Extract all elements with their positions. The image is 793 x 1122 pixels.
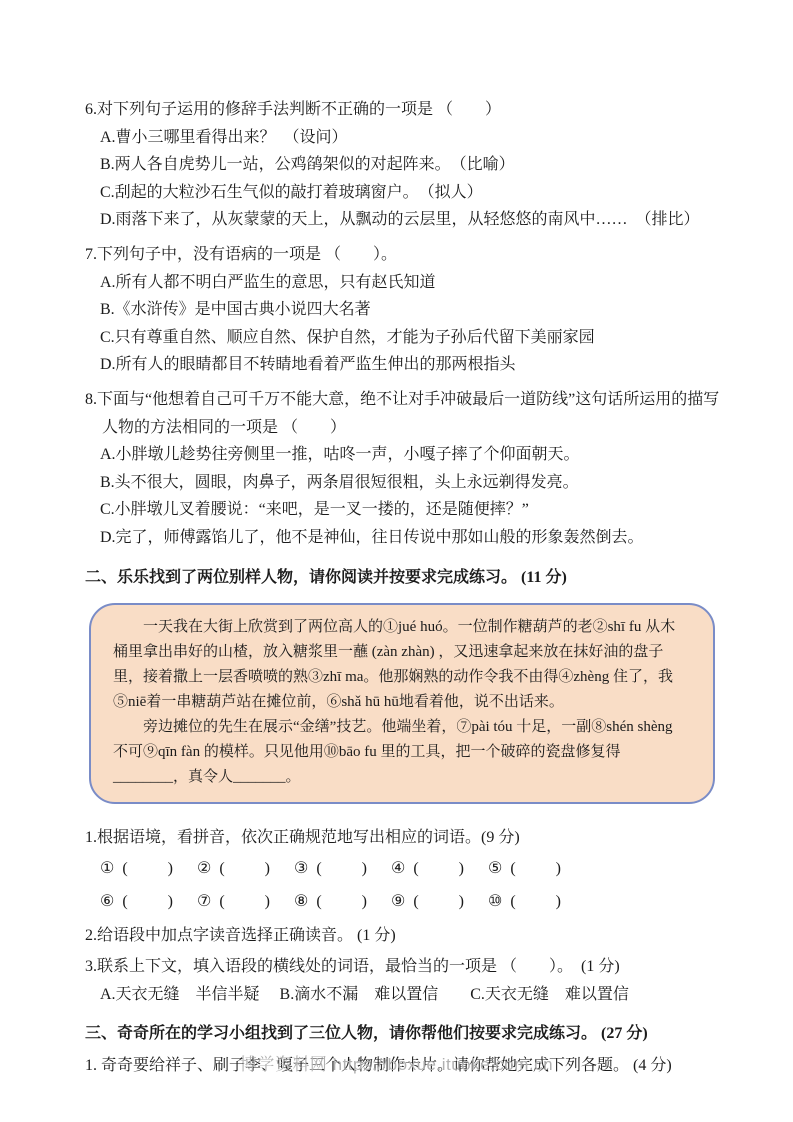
question-6-option-a: A.曹小三哪里看得出来？ （设问）	[100, 124, 733, 152]
section-2-question-1-stem: 1.根据语境，看拼音，依次正确规范地写出相应的词语。(9 分)	[85, 824, 733, 852]
pinyin-answer-blanks-row-1: ① ( ) ② ( ) ③ ( ) ④ ( ) ⑤ ( )	[100, 852, 733, 885]
question-7-option-a: A.所有人都不明白严监生的意思，只有赵氏知道	[100, 269, 733, 297]
question-8-option-b: B.头不很大，圆眼，肉鼻子，两条眉很短很粗，头上永远剃得发亮。	[100, 469, 733, 497]
question-7-option-c: C.只有尊重自然、顺应自然、保护自然，才能为子孙后代留下美丽家园	[100, 324, 733, 352]
question-6-stem: 6.对下列句子运用的修辞手法判断不正确的一项是 （ ）	[85, 96, 733, 124]
question-7-option-d: D.所有人的眼睛都目不转睛地看着严监生伸出的那两根指头	[100, 351, 733, 379]
question-8-option-c: C.小胖墩儿叉着腰说：“来吧，是一叉一搂的，还是随便摔？”	[100, 496, 733, 524]
question-7-option-b: B.《水浒传》是中国古典小说四大名著	[100, 296, 733, 324]
question-8-option-d: D.完了，师傅露馅儿了，他不是神仙，往日传说中那如山般的形象轰然倒去。	[100, 524, 733, 552]
pinyin-answer-blanks-row-2: ⑥ ( ) ⑦ ( ) ⑧ ( ) ⑨ ( ) ⑩ ( )	[100, 885, 733, 918]
reading-passage-box: 一天我在大街上欣赏到了两位高人的①jué huó。一位制作糖葫芦的老②shī f…	[89, 603, 715, 804]
section-2-heading: 二、乐乐找到了两位别样人物，请你阅读并按要求完成练习。 (11 分)	[85, 564, 733, 592]
question-6-option-d: D.雨落下来了，从灰蒙蒙的天上，从飘动的云层里，从轻悠悠的南风中…… （排比）	[100, 206, 733, 234]
section-3-heading: 三、奇奇所在的学习小组找到了三位人物，请你帮他们按要求完成练习。 (27 分)	[85, 1020, 733, 1048]
question-7: 7.下列句子中，没有语病的一项是 （ ）。 A.所有人都不明白严监生的意思，只有…	[85, 241, 733, 379]
question-8: 8.下面与“他想着自己可千万不能大意，绝不让对手冲破最后一道防线”这句话所运用的…	[85, 386, 733, 552]
passage-paragraph-2: 旁边摊位的先生在展示“金缮”技艺。他端坐着，⑦pài tóu 十足，一副⑧shé…	[113, 715, 689, 790]
section-2-question-2-stem: 2.给语段中加点字读音选择正确读音。 (1 分)	[85, 922, 733, 950]
footer-watermark: 博学资料网 https://boxue.ituoke.com.cn	[0, 1050, 793, 1075]
exam-page-content: 6.对下列句子运用的修辞手法判断不正确的一项是 （ ） A.曹小三哪里看得出来？…	[85, 96, 733, 1080]
question-6: 6.对下列句子运用的修辞手法判断不正确的一项是 （ ） A.曹小三哪里看得出来？…	[85, 96, 733, 234]
question-8-option-a: A.小胖墩儿趁势往旁侧里一推，咕咚一声，小嘎子摔了个仰面朝天。	[100, 441, 733, 469]
question-6-option-b: B.两人各自虎势儿一站，公鸡鹐架似的对起阵来。 （比喻）	[100, 151, 733, 179]
question-8-stem: 8.下面与“他想着自己可千万不能大意，绝不让对手冲破最后一道防线”这句话所运用的…	[85, 386, 733, 441]
passage-paragraph-1: 一天我在大街上欣赏到了两位高人的①jué huó。一位制作糖葫芦的老②shī f…	[113, 615, 689, 715]
section-2-question-3-stem: 3.联系上下文，填入语段的横线处的词语，最恰当的一项是 （ ）。 (1 分)	[85, 953, 733, 981]
question-6-option-c: C.刮起的大粒沙石生气似的敲打着玻璃窗户。 （拟人）	[100, 179, 733, 207]
section-2-question-3-options: A.天衣无缝 半信半疑 B.滴水不漏 难以置信 C.天衣无缝 难以置信	[100, 981, 733, 1009]
question-7-stem: 7.下列句子中，没有语病的一项是 （ ）。	[85, 241, 733, 269]
